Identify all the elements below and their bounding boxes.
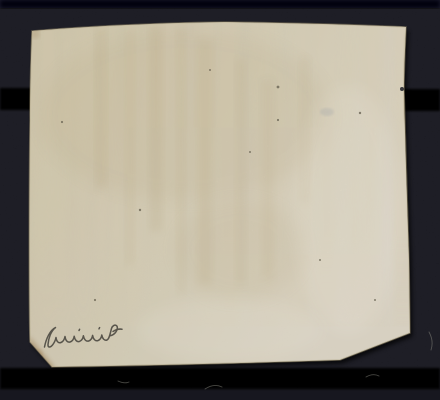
- speck: [209, 69, 211, 71]
- stamp-paper-texture: [28, 20, 414, 370]
- signature-i-dot: [79, 329, 80, 330]
- speck: [277, 119, 279, 121]
- bright-zone-bottom: [135, 298, 325, 362]
- edge-dark-speck: [400, 87, 404, 91]
- speck: [374, 299, 376, 301]
- bright-zone-right: [293, 85, 403, 335]
- speck: [277, 86, 280, 89]
- speck: [139, 209, 141, 211]
- photo-stage: illegible cursive pencil expert signatur…: [0, 0, 440, 400]
- speck: [61, 121, 63, 123]
- speck: [359, 112, 361, 114]
- stamp-photo: illegible cursive pencil expert signatur…: [0, 0, 440, 400]
- blue-smudge: [320, 108, 334, 116]
- signature-i-dot: [99, 328, 100, 329]
- speck: [249, 151, 251, 153]
- card-top-shadow-band: [0, 0, 440, 8]
- slot-shadow-right: [402, 89, 440, 111]
- toning-wash-center: [175, 200, 305, 300]
- speck: [94, 299, 96, 301]
- card-lower-area: [0, 388, 440, 400]
- toning-wash-upper: [40, 30, 330, 200]
- stamp-back: illegible cursive pencil expert signatur…: [28, 20, 414, 370]
- speck: [319, 259, 321, 261]
